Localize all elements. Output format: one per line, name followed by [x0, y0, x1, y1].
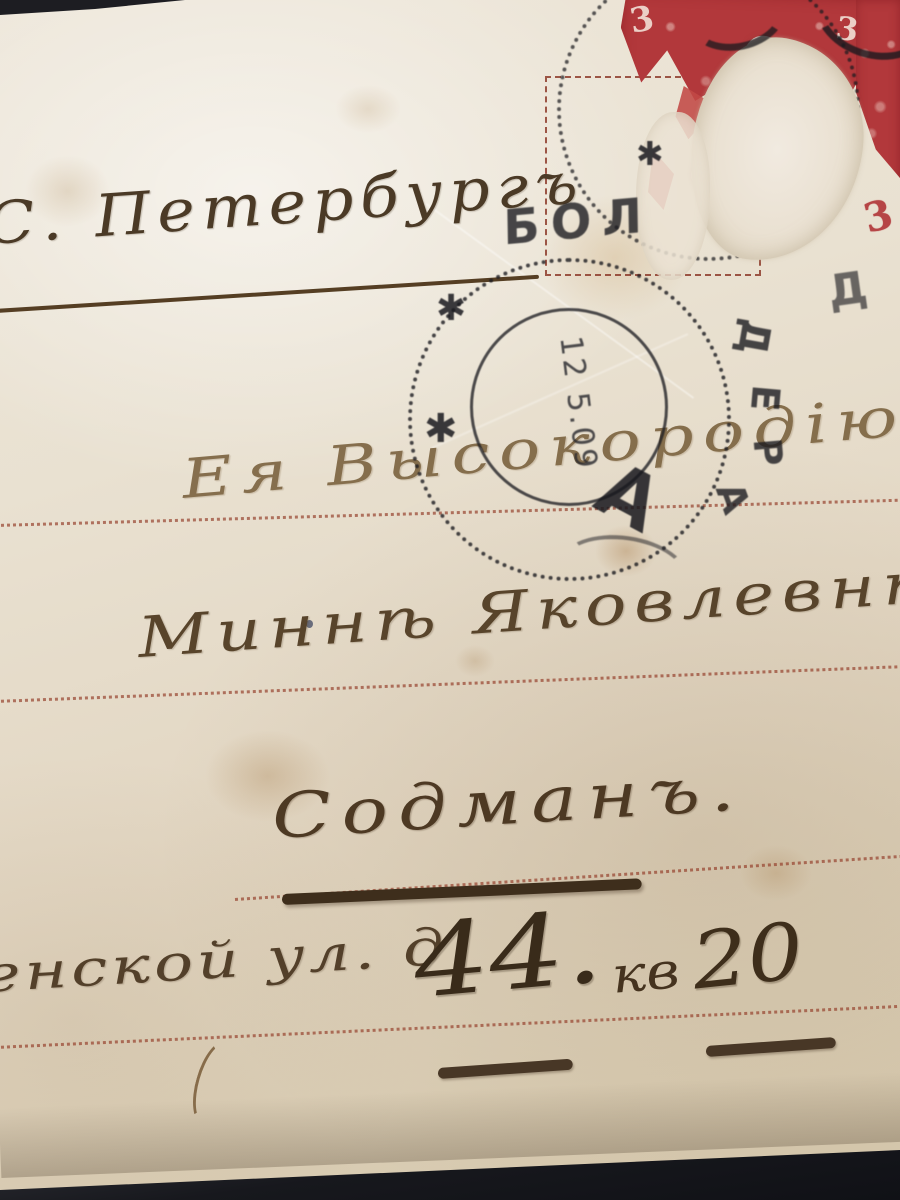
handwritten-house-number: 44.: [409, 888, 606, 1021]
postmark-star-icon: ✱: [636, 134, 664, 173]
paper-stain: [455, 645, 495, 677]
paper-stain: [740, 845, 812, 901]
handwritten-surname: Содманъ.: [270, 751, 746, 853]
postmark-star-icon: ✱: [436, 288, 466, 329]
paper-stain: [335, 85, 401, 133]
postmark-star-icon: ✱: [424, 406, 458, 452]
postmark-ring-letter: Е: [742, 383, 788, 413]
pen-dash: [706, 1037, 836, 1057]
handwritten-apartment-number: 20: [688, 906, 808, 1007]
postcard-photo: С. Петербургъ Ея Высокородію Миннѣ Яковл…: [0, 0, 900, 1200]
address-guide-line: [0, 665, 900, 703]
pen-dash: [438, 1059, 573, 1079]
stamp-scroll-ornament: 3: [859, 189, 900, 272]
handwritten-apartment-label: кв: [609, 941, 682, 1005]
handwritten-street: енской ул. д: [0, 918, 449, 1004]
postmark-ring-letter: Р: [745, 436, 791, 468]
postmark-ring-letter: Д: [728, 315, 779, 358]
postmark-partial-letter: Д: [825, 262, 871, 318]
